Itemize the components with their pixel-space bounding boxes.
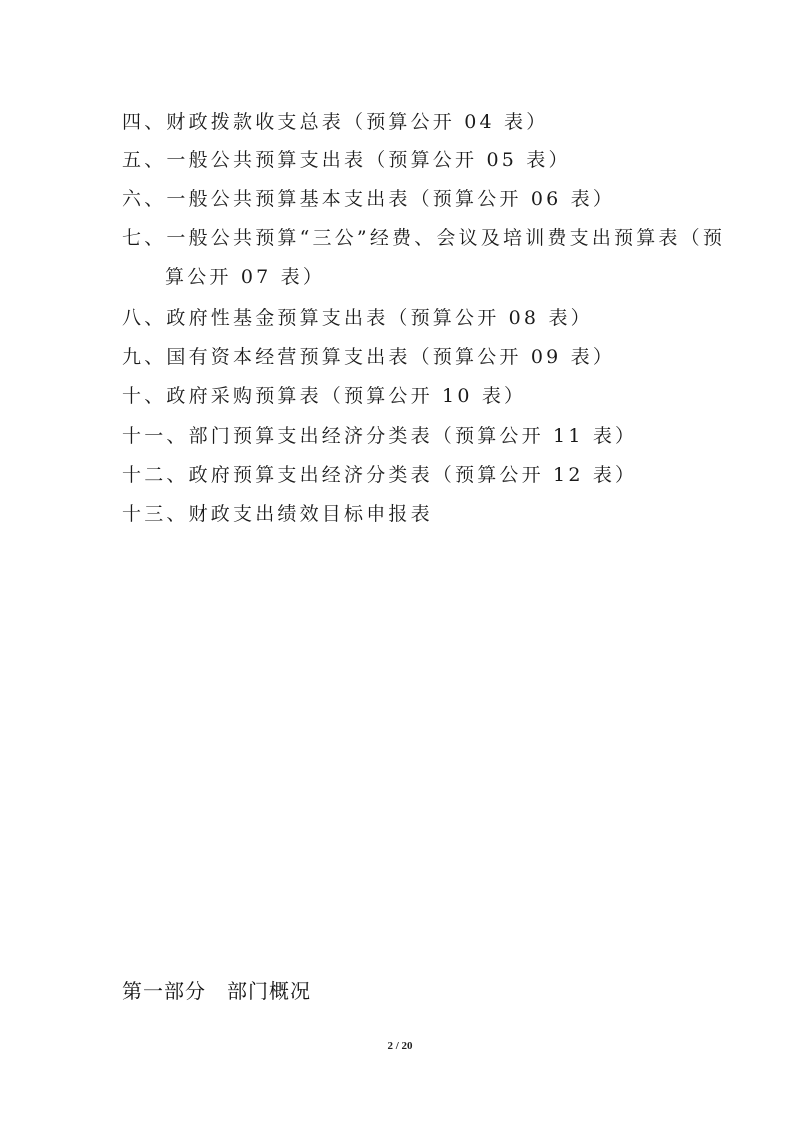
toc-item-13: 十三、财政支出绩效目标申报表 xyxy=(122,502,433,526)
page-number: 2 / 20 xyxy=(0,1040,800,1052)
document-page: 四、财政拨款收支总表（预算公开 04 表） 五、一般公共预算支出表（预算公开 0… xyxy=(0,0,800,1131)
toc-item-5: 五、一般公共预算支出表（预算公开 05 表） xyxy=(122,148,571,172)
toc-item-12: 十二、政府预算支出经济分类表（预算公开 12 表） xyxy=(122,463,637,487)
toc-item-4: 四、财政拨款收支总表（预算公开 04 表） xyxy=(122,110,548,134)
toc-item-8: 八、政府性基金预算支出表（预算公开 08 表） xyxy=(122,306,593,330)
toc-item-10: 十、政府采购预算表（预算公开 10 表） xyxy=(122,384,526,408)
toc-item-11: 十一、部门预算支出经济分类表（预算公开 11 表） xyxy=(122,424,637,448)
toc-item-7-continuation: 算公开 07 表） xyxy=(165,265,325,289)
section-heading: 第一部分 部门概况 xyxy=(122,975,311,1004)
toc-item-6: 六、一般公共预算基本支出表（预算公开 06 表） xyxy=(122,187,615,211)
toc-item-9: 九、国有资本经营预算支出表（预算公开 09 表） xyxy=(122,345,615,369)
toc-item-7: 七、一般公共预算“三公”经费、会议及培训费支出预算表（预 xyxy=(122,226,725,250)
